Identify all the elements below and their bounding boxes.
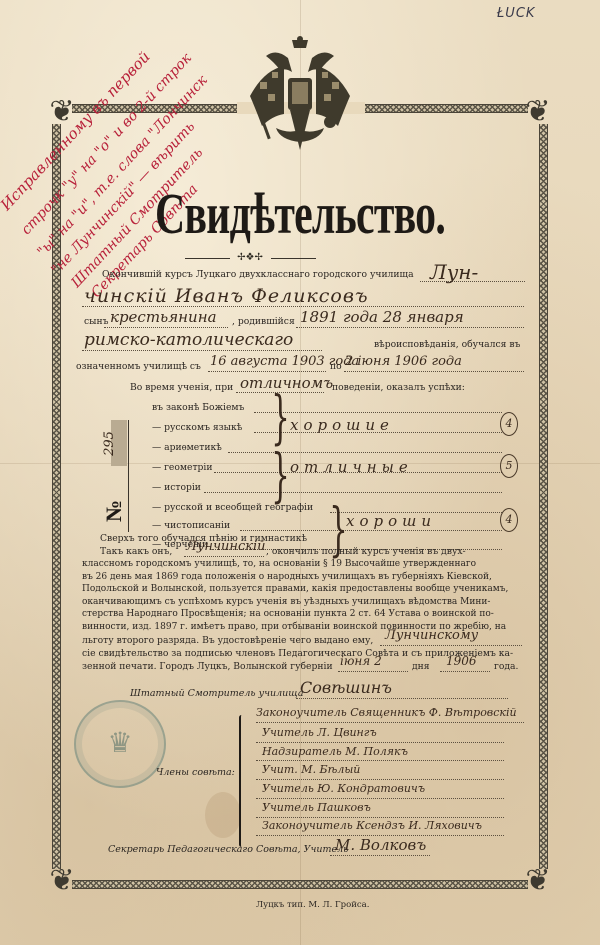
student-surname-part1: Лун-: [430, 260, 478, 284]
son-of-label: сынъ: [84, 316, 108, 327]
number-value: 295: [102, 431, 117, 456]
inspector-label: Штатный Смотритель училища: [130, 688, 303, 699]
divider-ornament-icon: ✢❖✢: [229, 252, 271, 264]
corner-note: ŁUCK: [497, 6, 535, 21]
page-title: Свидѣтельство.: [84, 180, 516, 247]
divider-line: [271, 258, 316, 259]
divider-line: [185, 258, 230, 259]
brace: }: [271, 388, 289, 446]
brace: }: [271, 446, 289, 504]
dotted-field: [204, 492, 502, 493]
body-line: въ 26 день мая 1869 года положенія о нар…: [82, 571, 522, 584]
member-signature: Учитель Пашковъ: [262, 801, 371, 814]
dotted-field: [256, 798, 504, 799]
born-label: , родившійся: [232, 316, 295, 327]
body-text: классномъ городскомъ училищѣ, то, на осн…: [82, 558, 522, 633]
member-signature: Учитель Л. Цвингъ: [262, 726, 377, 739]
border-bottom: [72, 880, 528, 889]
dotted-field: [440, 671, 490, 672]
secretary-label: Секретарь Педагогическаго Совѣта, Учител…: [108, 844, 348, 855]
dotted-field: [256, 722, 524, 723]
student-surname: Лунчинскій: [186, 539, 266, 554]
grade-score: 4: [500, 508, 518, 532]
border-right: [539, 124, 548, 869]
student-surname-dative: Лунчинскому: [385, 628, 478, 643]
dotted-field: [240, 530, 502, 531]
subject-label: — русскомъ языкѣ: [152, 422, 242, 433]
day-label: дня: [412, 661, 430, 672]
dotted-field: [256, 760, 504, 761]
dotted-field: [254, 412, 502, 413]
body-line: Подольской и Волынской, пользуется права…: [82, 583, 522, 596]
double-headed-eagle-icon: [246, 36, 354, 166]
corner-ornament-icon: ❦: [518, 92, 558, 132]
issue-day-month: іюня 2: [340, 654, 382, 668]
subject-label: — ариѳметикѣ: [152, 442, 222, 453]
official-seal-icon: ♛: [74, 700, 166, 788]
number-line: [128, 420, 129, 532]
dotted-field: [338, 671, 408, 672]
member-signature: Надзиратель М. Полякъ: [262, 745, 408, 758]
dotted-field: [296, 327, 524, 328]
intro-line1: Окончившій курсъ Луцкаго двухкласснаго г…: [102, 269, 414, 280]
stain: [205, 792, 241, 838]
religion: римско-католическаго: [84, 330, 293, 350]
religion-label: вѣроисповѣданія, обучался въ: [374, 339, 520, 350]
birth-date: 1891 года 28 января: [300, 308, 464, 326]
grade-text: отличные: [290, 458, 413, 476]
body-line: классномъ городскомъ училищѣ, то, на осн…: [82, 558, 522, 571]
grade-text: хорошие: [290, 416, 394, 434]
subject-label: въ законѣ Божіемъ: [152, 402, 244, 413]
social-status: крестьянина: [110, 308, 217, 326]
dotted-field: [256, 742, 504, 743]
body-line: , окончилъ полный курсъ ученія въ двух-: [266, 546, 466, 557]
dotted-field: [184, 556, 264, 557]
to-label: по: [330, 361, 342, 372]
secretary-signature: М. Волковъ: [335, 836, 426, 854]
subject-label: — чистописаніи: [152, 520, 230, 531]
number-sign: №: [101, 500, 127, 522]
dotted-field: [104, 327, 228, 328]
members-brace: [239, 715, 244, 847]
grade-score: 5: [500, 454, 518, 478]
body-line: стерства Народнаго Просвѣщенія; на основ…: [82, 608, 522, 621]
subject-label: — геометріи: [152, 462, 213, 473]
title-divider: ✢❖✢: [185, 252, 315, 264]
dotted-field: [256, 779, 504, 780]
grade-text: хороши: [346, 512, 436, 530]
body-line: оканчивающимъ съ успѣхомъ курсъ ученія в…: [82, 596, 522, 609]
inspector-signature: Совѣшинъ: [300, 678, 392, 697]
dotted-field: [208, 371, 326, 372]
registration-number: 295 №: [107, 420, 129, 532]
progress-label: поведеніи, оказалъ успѣхи:: [332, 382, 465, 393]
dotted-field: [256, 817, 504, 818]
dotted-field: [82, 350, 322, 351]
members-label: Члены совѣта:: [156, 767, 235, 778]
corner-ornament-icon: ❦: [42, 861, 82, 901]
certificate-document: ŁUCK ❦ ❦ ❦ ❦: [0, 0, 600, 945]
member-signature: Законоучитель Ксендзъ И. Ляховичъ: [262, 819, 482, 832]
subject-label: — исторіи: [152, 482, 201, 493]
studied-from-label: означенномъ училищѣ съ: [76, 361, 201, 372]
member-signature: Учит. М. Бѣлый: [262, 763, 360, 776]
issue-year: 1906: [446, 654, 477, 668]
dotted-field: [380, 645, 522, 646]
year-label: года.: [494, 661, 518, 672]
member-signature: Учитель Ю. Кондратовичъ: [262, 782, 425, 795]
body-line: льготу второго разряда. Въ удостовѣреніе…: [82, 635, 373, 646]
student-full-name: чинскій Иванъ Феликсовъ: [84, 285, 369, 307]
body-line: Такъ какъ онъ,: [100, 546, 172, 557]
printer-imprint: Луцкъ тип. М. Л. Гройса.: [256, 900, 369, 910]
corner-ornament-icon: ❦: [518, 861, 558, 901]
body-line: зенной печати. Городъ Луцкъ, Волынской г…: [82, 661, 333, 672]
member-signature: Законоучитель Священникъ Ф. Вѣтровскій: [256, 706, 517, 719]
seal-eagle-icon: ♛: [102, 724, 138, 762]
study-end-date: 2 іюня 1906 года: [345, 354, 462, 369]
conduct-label: Во время ученія, при: [130, 382, 233, 393]
dotted-field: [228, 452, 502, 453]
grade-score: 4: [500, 412, 518, 436]
dotted-field: [344, 371, 524, 372]
dotted-field: [330, 855, 430, 856]
dotted-field: [296, 698, 508, 699]
